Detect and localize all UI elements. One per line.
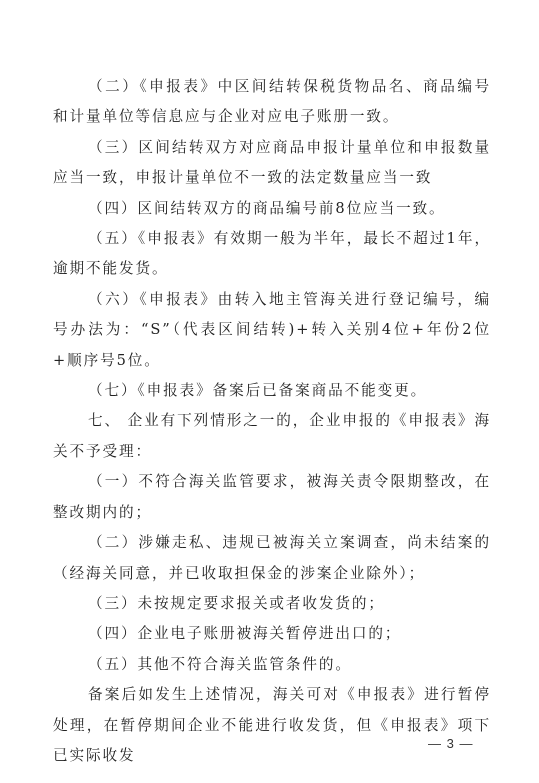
document-body: （二）《申报表》中区间结转保税货物品名、商品编号和计量单位等信息应与企业对应电子… bbox=[53, 72, 491, 771]
paragraph-2-6: （六）《申报表》由转入地主管海关进行登记编号，编号办法为：“S”（代表区间结转)… bbox=[53, 285, 491, 376]
paragraph-2-3: （三）区间结转双方对应商品申报计量单位和申报数量应当一致，申报计量单位不一致的法… bbox=[53, 133, 491, 194]
document-page: （二）《申报表》中区间结转保税货物品名、商品编号和计量单位等信息应与企业对应电子… bbox=[0, 0, 539, 783]
paragraph-7-3: （三）未按规定要求报关或者收发货的； bbox=[53, 589, 491, 619]
paragraph-7-5: （五）其他不符合海关监管条件的。 bbox=[53, 650, 491, 680]
paragraph-suspension: 备案后如发生上述情况，海关可对《申报表》进行暂停处理，在暂停期间企业不能进行收发… bbox=[53, 680, 491, 771]
paragraph-2-2: （二）《申报表》中区间结转保税货物品名、商品编号和计量单位等信息应与企业对应电子… bbox=[53, 72, 491, 133]
paragraph-2-5: （五）《申报表》有效期一般为半年，最长不超过1年，逾期不能发货。 bbox=[53, 224, 491, 285]
section-7-heading: 七、 企业有下列情形之一的，企业申报的《申报表》海关不予受理： bbox=[53, 406, 491, 467]
page-number: — 3 — bbox=[428, 736, 473, 751]
paragraph-2-7: （七）《申报表》备案后已备案商品不能变更。 bbox=[53, 376, 491, 406]
paragraph-2-4: （四）区间结转双方的商品编号前8位应当一致。 bbox=[53, 194, 491, 224]
paragraph-7-4: （四）企业电子账册被海关暂停进出口的； bbox=[53, 619, 491, 649]
paragraph-7-2: （二）涉嫌走私、违规已被海关立案调查，尚未结案的（经海关同意，并已收取担保金的涉… bbox=[53, 528, 491, 589]
paragraph-7-1: （一）不符合海关监管要求，被海关责令限期整改，在整改期内的； bbox=[53, 467, 491, 528]
